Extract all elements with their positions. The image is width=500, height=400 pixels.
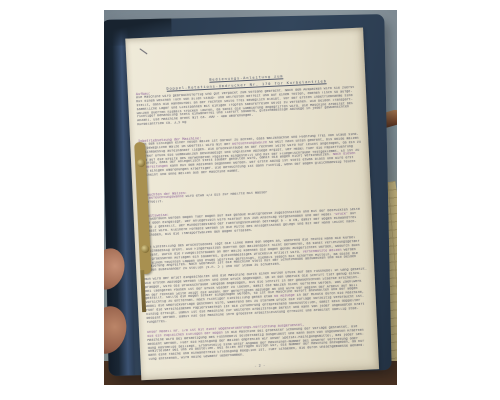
section-anfeuchten: Anfeuchten der Walzen: Die Befeuchtungsw…	[141, 182, 368, 204]
listing-photo-canvas: Bedienungs-Anleitung zum Doppel-Rotation…	[0, 0, 500, 400]
typed-document-page: Bedienungs-Anleitung zum Doppel-Rotation…	[125, 27, 379, 380]
pen-mark	[139, 48, 147, 54]
fastener-stud-top	[136, 159, 144, 167]
section-paragraph: Nun wird der Brief eingeschaltet und die…	[145, 267, 374, 324]
blue-clip-folder: Bedienungs-Anleitung zum Doppel-Rotation…	[104, 14, 392, 376]
paragraph-modell-170: Unser Modell Nr. 170 ist mit einer Bogen…	[147, 316, 375, 362]
fastener-stud-bottom	[141, 245, 149, 253]
section-inbetriebsetzung: Inbetriebsetzung der Maschine: Nach dem …	[138, 128, 367, 178]
photograph: Bedienungs-Anleitung zum Doppel-Rotation…	[104, 10, 397, 385]
paragraph-betrieb: Nun wird der Brief eingeschaltet und die…	[144, 263, 373, 324]
